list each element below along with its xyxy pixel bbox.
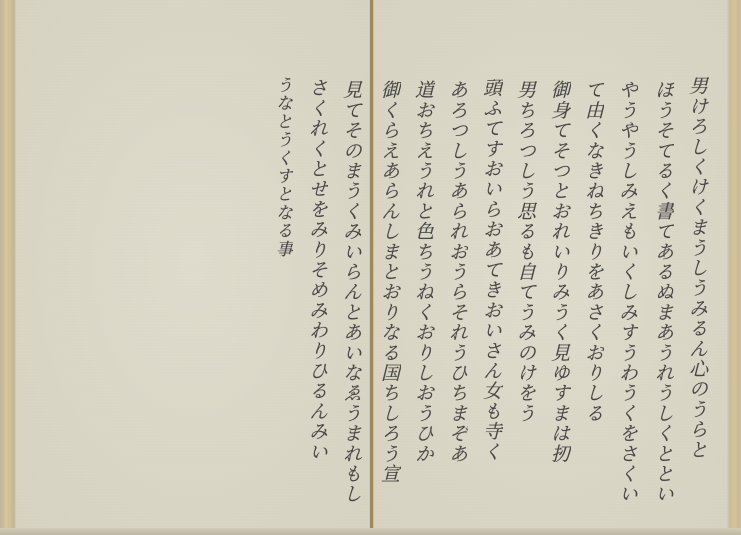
text-column: 頭ふてすおいらおあてきおいさん女も寺く xyxy=(480,78,502,462)
text-column: 御身てそつとおれいりみうく見ゆすまは扨 xyxy=(548,80,570,464)
text-column: 男けろしくけくまうしうみるん心のうらと xyxy=(686,76,708,460)
book-gutter xyxy=(370,0,373,535)
right-page-edge xyxy=(727,0,741,535)
text-column: あろつしうあられおうらそれうひちまぞあ xyxy=(446,80,468,464)
text-column: 御くらえあらんしまとおりなる国ちしろう宣 xyxy=(378,80,400,484)
text-column: ほうそてるく書てあるぬまあうれうしくととい xyxy=(652,80,674,504)
text-column: 道おちえうれと色ちうねくおりしおうひか xyxy=(412,80,434,464)
text-column: て由くなきねちきりをあさくおりしる xyxy=(582,80,604,423)
text-column: 見てそのまうくみいらんとあいなゑうまれもし xyxy=(340,80,362,504)
text-column: 男ちろつしう思るも自てうみのけをう xyxy=(514,80,536,423)
text-column: やうやうしみえもいくしみすうわうくをさくい xyxy=(616,80,638,504)
text-column: うなとうくすとなる事 xyxy=(272,76,291,258)
book-spread: 男けろしくけくまうしうみるん心のうらと ほうそてるく書てあるぬまあうれうしくとと… xyxy=(0,0,741,535)
book-bottom-edge xyxy=(0,528,741,535)
text-column: さくれくとせをみりそめみわりひるんみい xyxy=(306,78,328,462)
left-page-edge xyxy=(0,0,16,535)
